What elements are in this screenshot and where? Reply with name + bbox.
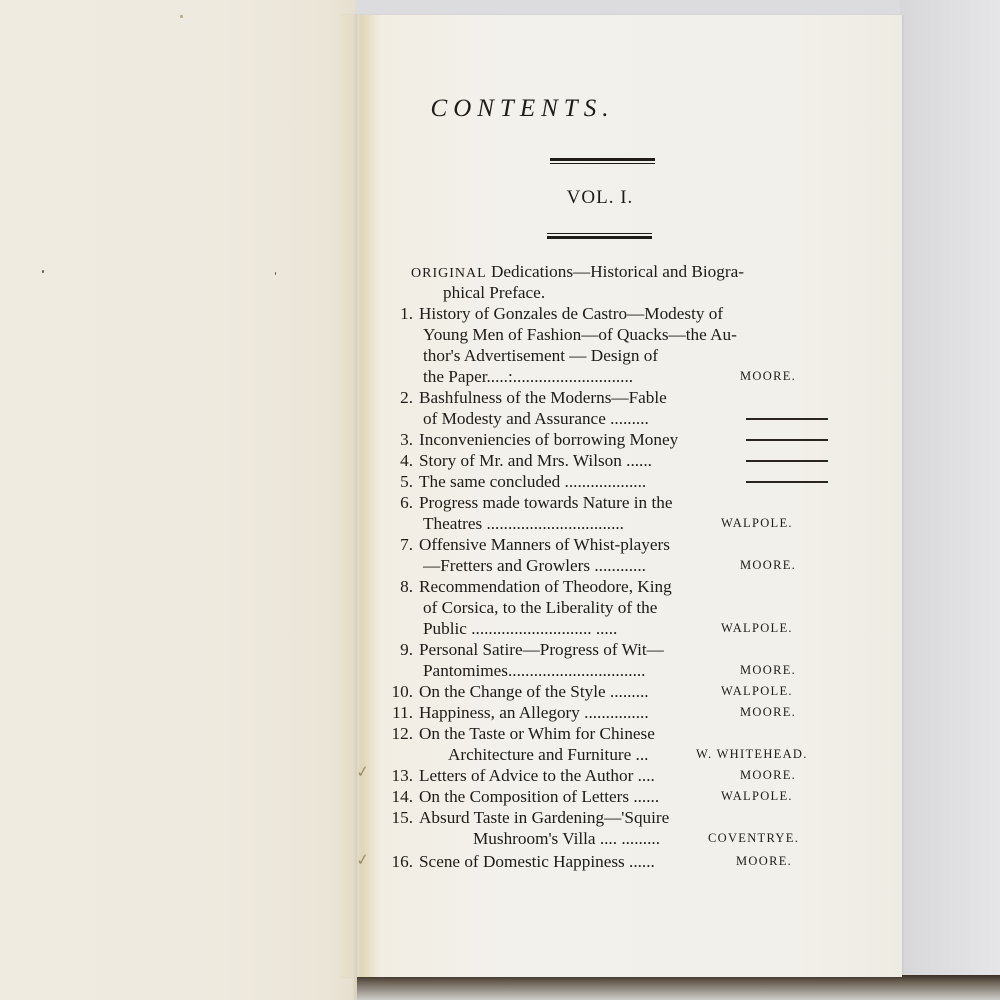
toc-entry-14: 14. On the Composition of Letters ......… (378, 786, 838, 807)
entry-number: 2. (400, 387, 413, 408)
entry-title: of Corsica, to the Liberality of the (423, 597, 657, 618)
entry-title: Architecture and Furniture ... (448, 744, 648, 765)
entry-title: Story of Mr. and Mrs. Wilson ...... (419, 450, 652, 471)
preface-lead: Original (411, 266, 487, 281)
entry-title: The same concluded ................... (419, 471, 646, 492)
toc-entry-13: ✓ 13. Letters of Advice to the Author ..… (378, 765, 838, 786)
pencil-check-icon: ✓ (355, 760, 371, 783)
toc-entry-4: 4. Story of Mr. and Mrs. Wilson ...... (378, 450, 838, 471)
entry-title: Scene of Domestic Happiness ...... (419, 851, 655, 872)
entry-number: 3. (400, 429, 413, 450)
entry-title: On the Change of the Style ......... (419, 681, 649, 702)
entry-title: Pantomimes..............................… (423, 660, 645, 681)
entry-number: 9. (400, 639, 413, 660)
entry-number: 13. (392, 765, 413, 786)
entry-title: Absurd Taste in Gardening—'Squire (419, 807, 669, 828)
volume-label: VOL. I. (567, 187, 634, 209)
gutter-shadow (340, 15, 380, 977)
toc-entry-1: 1. History of Gonzales de Castro—Modesty… (378, 303, 838, 324)
toc-preface: Original Dedications—Historical and Biog… (378, 261, 838, 282)
paper-speck (42, 270, 44, 273)
entry-title: Offensive Manners of Whist-players (419, 534, 670, 555)
volume-heading: VOL. I. (0, 187, 1000, 209)
entry-number: 11. (392, 702, 413, 723)
entry-title: Letters of Advice to the Author .... (419, 765, 655, 786)
decorative-rule-top (550, 158, 655, 165)
toc-entry-6: 6. Progress made towards Nature in the (378, 492, 838, 513)
entry-title: thor's Advertisement — Design of (423, 345, 658, 366)
entry-author: MOORE. (740, 555, 796, 576)
entry-number: 16. (392, 851, 413, 872)
toc-entry-3: 3. Inconveniencies of borrowing Money (378, 429, 838, 450)
entry-number: 4. (400, 450, 413, 471)
entry-title: Young Men of Fashion—of Quacks—the Au- (423, 324, 737, 345)
entry-title: Mushroom's Villa .... ......... (473, 828, 660, 849)
backdrop (900, 0, 1000, 1000)
entry-author: WALPOLE. (721, 618, 793, 639)
toc-entry-5: 5. The same concluded ..................… (378, 471, 838, 492)
entry-title: On the Composition of Letters ...... (419, 786, 659, 807)
entry-author: MOORE. (740, 660, 796, 681)
entry-number: 7. (400, 534, 413, 555)
entry-number: 5. (400, 471, 413, 492)
entry-author: WALPOLE. (721, 681, 793, 702)
entry-title: Bashfulness of the Moderns—Fable (419, 387, 667, 408)
entry-title: Progress made towards Nature in the (419, 492, 672, 513)
entry-number: 15. (392, 807, 413, 828)
entry-title: History of Gonzales de Castro—Modesty of (419, 303, 723, 324)
ditto-rule (746, 418, 828, 420)
pencil-check-icon: ✓ (355, 848, 371, 871)
entry-number: 12. (392, 723, 413, 744)
entry-title: Inconveniencies of borrowing Money (419, 429, 678, 450)
toc-entry-12: 12. On the Taste or Whim for Chinese (378, 723, 838, 744)
preface-line: Dedications—Historical and Biogra- (491, 262, 744, 281)
entry-title: Recommendation of Theodore, King (419, 576, 672, 597)
table-of-contents: Original Dedications—Historical and Biog… (378, 261, 838, 872)
toc-entry-10: 10. On the Change of the Style .........… (378, 681, 838, 702)
entry-title: Theatres ...............................… (423, 513, 624, 534)
ditto-rule (746, 481, 828, 483)
paper-speck (275, 272, 276, 275)
entry-number: 1. (400, 303, 413, 324)
toc-entry-8: 8. Recommendation of Theodore, King (378, 576, 838, 597)
entry-author: MOORE. (740, 702, 796, 723)
ditto-rule (746, 439, 828, 441)
toc-entry-15: 15. Absurd Taste in Gardening—'Squire (378, 807, 838, 828)
entry-author: MOORE. (740, 366, 796, 387)
entry-author: W. WHITEHEAD. (696, 744, 808, 765)
paper-speck (180, 15, 183, 18)
entry-author: MOORE. (736, 851, 792, 872)
entry-title: the Paper.....:.........................… (423, 366, 633, 387)
left-page (0, 0, 355, 1000)
entry-number: 8. (400, 576, 413, 597)
entry-author: WALPOLE. (721, 513, 793, 534)
toc-entry-11: 11. Happiness, an Allegory .............… (378, 702, 838, 723)
page-title: CONTENTS. (0, 95, 1000, 123)
entry-author: COVENTRYE. (708, 828, 799, 849)
toc-entry-2: 2. Bashfulness of the Moderns—Fable (378, 387, 838, 408)
entry-title: —Fretters and Growlers ............ (423, 555, 646, 576)
decorative-rule-bottom (547, 233, 652, 240)
entry-author: WALPOLE. (721, 786, 793, 807)
entry-number: 14. (392, 786, 413, 807)
entry-title: Public ............................ ....… (423, 618, 617, 639)
preface-line: phical Preface. (443, 282, 545, 303)
entry-author: MOORE. (740, 765, 796, 786)
entry-title: Happiness, an Allegory ............... (419, 702, 649, 723)
toc-entry-9: 9. Personal Satire—Progress of Wit— (378, 639, 838, 660)
ditto-rule (746, 460, 828, 462)
entry-number: 10. (392, 681, 413, 702)
entry-title: Personal Satire—Progress of Wit— (419, 639, 664, 660)
entry-title: On the Taste or Whim for Chinese (419, 723, 655, 744)
entry-title: of Modesty and Assurance ......... (423, 408, 649, 429)
toc-entry-16: ✓ 16. Scene of Domestic Happiness ......… (378, 851, 838, 872)
book-shadow (355, 975, 1000, 1000)
entry-number: 6. (400, 492, 413, 513)
toc-entry-7: 7. Offensive Manners of Whist-players (378, 534, 838, 555)
